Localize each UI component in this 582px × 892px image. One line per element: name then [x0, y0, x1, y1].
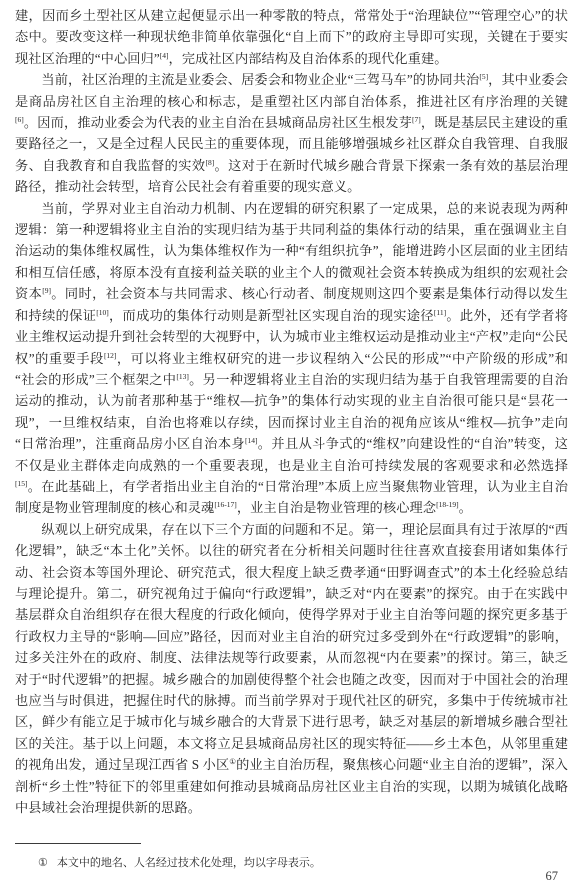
citation-ref: [5] — [479, 72, 488, 81]
citation-ref: [9] — [42, 286, 51, 295]
citation-ref: [15] — [15, 479, 28, 488]
paragraph: 建，因而乡土型社区从建立起便显示出一种零散的特点，常常处于“治理缺位”“管理空心… — [15, 5, 568, 69]
footnote-marker: ① — [38, 857, 48, 869]
citation-ref: [18-19] — [436, 500, 459, 509]
citation-ref: [6] — [15, 115, 24, 124]
page-number: 67 — [546, 869, 559, 884]
citation-ref: ① — [229, 757, 236, 766]
citation-ref: [4] — [160, 51, 169, 60]
citation-ref: [12] — [104, 351, 117, 360]
citation-ref: [14] — [245, 436, 258, 445]
citation-ref: [10] — [96, 308, 109, 317]
citation-ref: [11] — [434, 308, 446, 317]
citation-ref: [16-17] — [214, 500, 237, 509]
footnote: ①本文中的地名、人名经过技术化处理，均以字母表示。 — [15, 856, 568, 871]
paragraph: 当前，学界对业主自治动力机制、内在逻辑的研究积累了一定成果，总的来说表现为两种逻… — [15, 198, 568, 519]
footnote-divider — [15, 843, 141, 844]
citation-ref: [13] — [176, 372, 189, 381]
paragraph: 当前，社区治理的主流是业委会、居委会和物业企业“三驾马车”的协同共治[5]，其中… — [15, 69, 568, 197]
citation-ref: [8] — [205, 158, 214, 167]
document-page: 建，因而乡土型社区从建立起便显示出一种零散的特点，常常处于“治理缺位”“管理空心… — [0, 0, 582, 892]
citation-ref: [7] — [412, 115, 421, 124]
paragraph: 纵观以上研究成果，存在以下三个方面的问题和不足。第一，理论层面具有过于浓厚的“西… — [15, 519, 568, 819]
footnote-text: 本文中的地名、人名经过技术化处理，均以字母表示。 — [57, 857, 321, 869]
article-body: 建，因而乡土型社区从建立起便显示出一种零散的特点，常常处于“治理缺位”“管理空心… — [15, 5, 568, 818]
